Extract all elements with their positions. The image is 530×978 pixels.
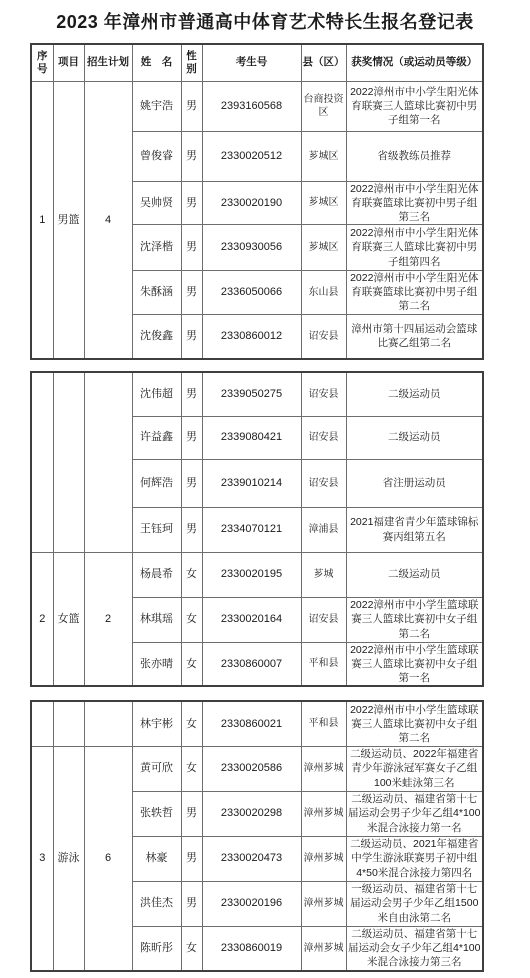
seq-cell: 2 (31, 552, 53, 686)
exam-no-cell: 2330860012 (202, 314, 301, 359)
name-cell: 张轶哲 (132, 791, 181, 836)
award-cell: 二级运动员 (346, 416, 483, 459)
project-cell (53, 372, 84, 552)
column-header-1: 序号 (31, 44, 53, 81)
county-cell: 芗城区 (301, 181, 346, 225)
county-cell: 平和县 (301, 642, 346, 686)
county-cell: 漳州芗城 (301, 881, 346, 926)
award-cell: 一级运动员、福建省第十七届运动会男子少年乙组1500米自由泳第二名 (346, 881, 483, 926)
exam-no-cell: 2339080421 (202, 416, 301, 459)
column-header-4: 姓 名 (132, 44, 181, 81)
gender-cell: 男 (181, 836, 202, 881)
seq-cell: 1 (31, 81, 53, 359)
county-cell: 台商投资区 (301, 81, 346, 131)
exam-no-cell: 2330930056 (202, 225, 301, 271)
name-cell: 林琪瑶 (132, 597, 181, 642)
county-cell: 芗城 (301, 552, 346, 597)
award-cell: 2022漳州市中小学生阳光体育联赛篮球比赛初中男子组第三名 (346, 181, 483, 225)
gender-cell: 女 (181, 552, 202, 597)
gender-cell: 男 (181, 791, 202, 836)
name-cell: 杨晨希 (132, 552, 181, 597)
name-cell: 许益鑫 (132, 416, 181, 459)
gender-cell: 女 (181, 926, 202, 971)
exam-no-cell: 2330020164 (202, 597, 301, 642)
plan-cell: 4 (84, 81, 132, 359)
exam-no-cell: 2330020190 (202, 181, 301, 225)
header-row: 序号项目招生计划姓 名性别考生号县（区）获奖情况（或运动员等级） (31, 44, 483, 81)
table-block-2: 沈伟超男2339050275诏安县二级运动员许益鑫男2339080421诏安县二… (30, 371, 484, 687)
gender-cell: 男 (181, 416, 202, 459)
exam-no-cell: 2330020512 (202, 131, 301, 181)
registration-table-area: 序号项目招生计划姓 名性别考生号县（区）获奖情况（或运动员等级）1男篮4姚宇浩男… (0, 43, 530, 972)
seq-cell (31, 701, 53, 746)
gender-cell: 男 (181, 81, 202, 131)
table-row: 3游泳6黄可欣女2330020586漳州芗城二级运动员、2022年福建省青少年游… (31, 746, 483, 791)
award-cell: 2021福建省青少年篮球锦标赛丙组第五名 (346, 507, 483, 552)
award-cell: 二级运动员、福建省第十七届运动会男子少年乙组4*100米混合泳接力第一名 (346, 791, 483, 836)
award-cell: 二级运动员、福建省第十七届运动会女子少年乙组4*100米混合泳接力第三名 (346, 926, 483, 971)
table-row: 2女篮2杨晨希女2330020195芗城二级运动员 (31, 552, 483, 597)
exam-no-cell: 2330020196 (202, 881, 301, 926)
name-cell: 陈昕彤 (132, 926, 181, 971)
gender-cell: 男 (181, 881, 202, 926)
exam-no-cell: 2330860019 (202, 926, 301, 971)
name-cell: 姚宇浩 (132, 81, 181, 131)
county-cell: 漳浦县 (301, 507, 346, 552)
county-cell: 诏安县 (301, 459, 346, 507)
column-header-3: 招生计划 (84, 44, 132, 81)
exam-no-cell: 2339050275 (202, 372, 301, 416)
column-header-6: 考生号 (202, 44, 301, 81)
project-cell: 男篮 (53, 81, 84, 359)
plan-cell: 6 (84, 746, 132, 971)
exam-no-cell: 2330860007 (202, 642, 301, 686)
gender-cell: 男 (181, 225, 202, 271)
exam-no-cell: 2334070121 (202, 507, 301, 552)
column-header-8: 获奖情况（或运动员等级） (346, 44, 483, 81)
county-cell: 诏安县 (301, 314, 346, 359)
table-row: 沈伟超男2339050275诏安县二级运动员 (31, 372, 483, 416)
gender-cell: 男 (181, 372, 202, 416)
exam-no-cell: 2330020195 (202, 552, 301, 597)
award-cell: 漳州市第十四届运动会篮球比赛乙组第二名 (346, 314, 483, 359)
award-cell: 2022漳州市中小学生阳光体育联赛三人篮球比赛初中男子组第一名 (346, 81, 483, 131)
table-block-3: 林宇彬女2330860021平和县2022漳州市中小学生篮球联赛三人篮球比赛初中… (30, 700, 484, 972)
county-cell: 漳州芗城 (301, 746, 346, 791)
award-cell: 省级教练员推荐 (346, 131, 483, 181)
name-cell: 何辉浩 (132, 459, 181, 507)
award-cell: 二级运动员 (346, 552, 483, 597)
table-block-1: 序号项目招生计划姓 名性别考生号县（区）获奖情况（或运动员等级）1男篮4姚宇浩男… (30, 43, 484, 360)
county-cell: 漳州芗城 (301, 836, 346, 881)
column-header-5: 性别 (181, 44, 202, 81)
project-cell: 女篮 (53, 552, 84, 686)
award-cell: 二级运动员 (346, 372, 483, 416)
table-row: 林宇彬女2330860021平和县2022漳州市中小学生篮球联赛三人篮球比赛初中… (31, 701, 483, 746)
county-cell: 漳州芗城 (301, 791, 346, 836)
award-cell: 2022漳州市中小学生篮球联赛三人篮球比赛初中女子组第一名 (346, 642, 483, 686)
county-cell: 诏安县 (301, 597, 346, 642)
county-cell: 平和县 (301, 701, 346, 746)
plan-cell (84, 701, 132, 746)
table-row: 1男篮4姚宇浩男2393160568台商投资区2022漳州市中小学生阳光体育联赛… (31, 81, 483, 131)
gender-cell: 女 (181, 746, 202, 791)
seq-cell: 3 (31, 746, 53, 971)
document-page: 2023 年漳州市普通高中体育艺术特长生报名登记表 序号项目招生计划姓 名性别考… (0, 0, 530, 978)
name-cell: 林宇彬 (132, 701, 181, 746)
name-cell: 吴帅贤 (132, 181, 181, 225)
exam-no-cell: 2393160568 (202, 81, 301, 131)
name-cell: 沈俊鑫 (132, 314, 181, 359)
plan-cell (84, 372, 132, 552)
award-cell: 2022漳州市中小学生篮球联赛三人篮球比赛初中女子组第二名 (346, 701, 483, 746)
project-cell: 游泳 (53, 746, 84, 971)
gender-cell: 女 (181, 701, 202, 746)
exam-no-cell: 2339010214 (202, 459, 301, 507)
county-cell: 芗城区 (301, 131, 346, 181)
plan-cell: 2 (84, 552, 132, 686)
exam-no-cell: 2330020473 (202, 836, 301, 881)
column-header-2: 项目 (53, 44, 84, 81)
exam-no-cell: 2330020586 (202, 746, 301, 791)
exam-no-cell: 2330020298 (202, 791, 301, 836)
name-cell: 曾俊睿 (132, 131, 181, 181)
gender-cell: 男 (181, 507, 202, 552)
name-cell: 洪佳杰 (132, 881, 181, 926)
county-cell: 芗城区 (301, 225, 346, 271)
award-cell: 2022漳州市中小学生篮球联赛三人篮球比赛初中女子组第二名 (346, 597, 483, 642)
page-title: 2023 年漳州市普通高中体育艺术特长生报名登记表 (0, 0, 530, 34)
award-cell: 省注册运动员 (346, 459, 483, 507)
gender-cell: 女 (181, 597, 202, 642)
county-cell: 诏安县 (301, 416, 346, 459)
gender-cell: 男 (181, 459, 202, 507)
project-cell (53, 701, 84, 746)
gender-cell: 男 (181, 181, 202, 225)
award-cell: 二级运动员、2022年福建省青少年游泳冠军赛女子乙组100米蛙泳第三名 (346, 746, 483, 791)
gender-cell: 男 (181, 314, 202, 359)
gender-cell: 男 (181, 131, 202, 181)
name-cell: 王钰珂 (132, 507, 181, 552)
name-cell: 林豪 (132, 836, 181, 881)
county-cell: 东山县 (301, 271, 346, 315)
exam-no-cell: 2330860021 (202, 701, 301, 746)
award-cell: 2022漳州市中小学生阳光体育联赛篮球比赛初中男子组第二名 (346, 271, 483, 315)
gender-cell: 男 (181, 271, 202, 315)
seq-cell (31, 372, 53, 552)
column-header-7: 县（区） (301, 44, 346, 81)
name-cell: 沈伟超 (132, 372, 181, 416)
award-cell: 2022漳州市中小学生阳光体育联赛三人篮球比赛初中男子组第四名 (346, 225, 483, 271)
name-cell: 张亦晴 (132, 642, 181, 686)
gender-cell: 女 (181, 642, 202, 686)
name-cell: 黄可欣 (132, 746, 181, 791)
county-cell: 漳州芗城 (301, 926, 346, 971)
exam-no-cell: 2336050066 (202, 271, 301, 315)
name-cell: 朱酥涵 (132, 271, 181, 315)
name-cell: 沈泽楷 (132, 225, 181, 271)
award-cell: 二级运动员、2021年福建省中学生游泳联赛男子初中组4*50米混合泳接力第四名 (346, 836, 483, 881)
county-cell: 诏安县 (301, 372, 346, 416)
